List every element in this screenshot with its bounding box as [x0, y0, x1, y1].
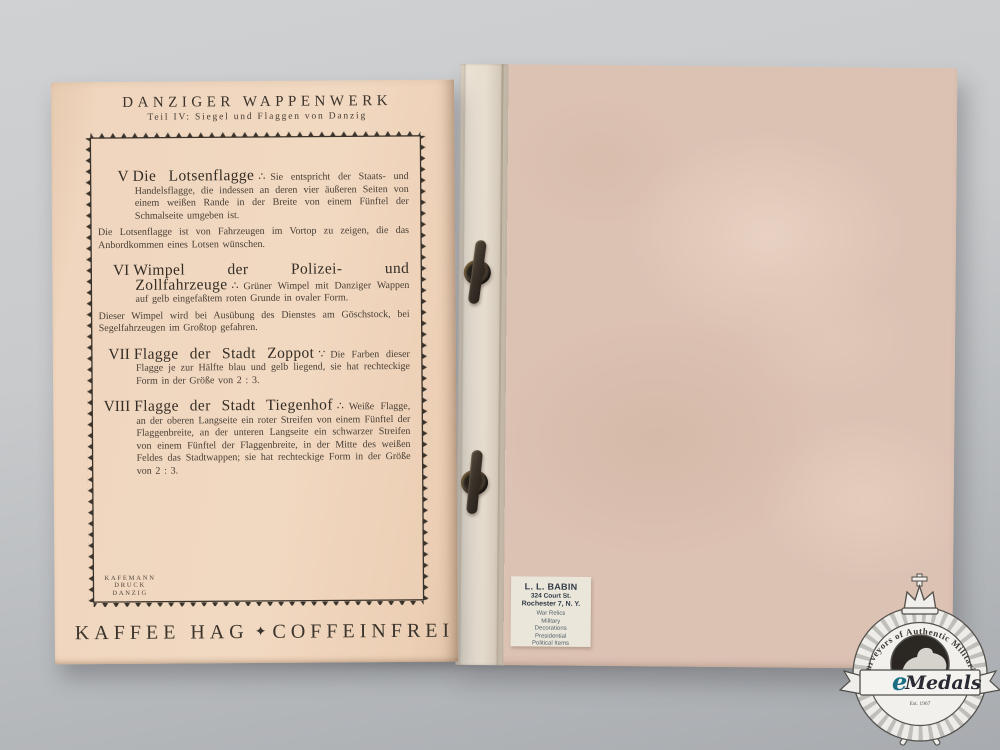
section-v-heading-paragraph: VDie Lotsenflagge∴Sie entspricht der Sta…	[98, 169, 409, 223]
printer-imprint: KAFEMANN DRUCK DANZIG	[104, 574, 155, 597]
binding-screw-post-top	[457, 238, 502, 308]
section-viii-heading-paragraph: VIIIFlagge der Stadt Tiegenhof∴Weiße Fla…	[99, 399, 411, 478]
section-numeral: VII	[99, 348, 130, 361]
section-vii-heading-paragraph: VIIFlagge der Stadt Zoppot∵Die Farben di…	[99, 346, 410, 388]
diamond-separator-icon: ✦	[255, 625, 267, 640]
dealer-item: Political Items	[511, 640, 591, 648]
binding-crease	[458, 64, 465, 665]
crown-icon	[902, 574, 938, 614]
binding-strip	[455, 64, 508, 665]
page-subtitle: Teil IV: Siegel und Flaggen von Danzig	[77, 111, 437, 124]
emedals-watermark-logo: Purveyors of Authentic Militaria e Medal…	[838, 570, 1000, 750]
section-numeral: VI	[98, 265, 129, 278]
section-numeral: V	[98, 171, 129, 184]
printer-line: DANZIG	[105, 589, 156, 597]
advert-claim: COFFEINFREI	[272, 620, 454, 643]
dealer-name: L. L. BABIN	[511, 581, 591, 592]
section-list: VDie Lotsenflagge∴Sie entspricht der Sta…	[98, 169, 412, 599]
dealer-item-list: War Relics Military Decorations Presiden…	[511, 610, 591, 648]
emedals-badge-icon: Purveyors of Authentic Militaria e Medal…	[838, 570, 1000, 750]
dealer-label: L. L. BABIN 324 Court St. Rochester 7, N…	[511, 576, 592, 647]
decorative-thorn-border: VDie Lotsenflagge∴Sie entspricht der Sta…	[85, 131, 428, 607]
section-note	[100, 480, 411, 482]
section-note: Die Lotsenflagge ist von Fahrzeugen im V…	[98, 225, 409, 252]
brand-medals-text: Medals	[904, 672, 982, 694]
therefore-symbol-icon: ∵	[318, 348, 325, 360]
binding-screw-post-bottom	[454, 448, 499, 518]
established-text: Est. 1967	[910, 701, 931, 707]
section-title: Die Lotsenflagge	[133, 167, 255, 185]
therefore-symbol-icon: ∴	[231, 280, 238, 292]
therefore-symbol-icon: ∴	[337, 400, 344, 412]
section-numeral: VIII	[99, 401, 130, 414]
section-title: Flagge der Stadt Tiegenhof	[134, 396, 333, 414]
page-title: DANZIGER WAPPENWERK	[87, 93, 427, 112]
advert-brand: KAFFEE HAG	[75, 621, 249, 644]
section-note	[99, 390, 410, 392]
therefore-symbol-icon: ∴	[258, 171, 265, 183]
advert-footer: KAFFEE HAG✦COFFEINFREI	[75, 620, 447, 646]
binding-crease	[496, 64, 503, 665]
section-vi-heading-paragraph: VIWimpel der Polizei- und Zollfahrzeuge∴…	[98, 263, 409, 307]
section-note: Dieser Wimpel wird bei Ausübung des Dien…	[99, 308, 410, 335]
dealer-address-line2: Rochester 7, N. Y.	[511, 600, 591, 609]
section-title: Flagge der Stadt Zoppot	[134, 344, 315, 362]
photo-backdrop: L. L. BABIN 324 Court St. Rochester 7, N…	[0, 0, 1000, 750]
left-page: DANZIGER WAPPENWERK Teil IV: Siegel und …	[51, 80, 458, 665]
printer-line: KAFEMANN	[104, 574, 155, 582]
